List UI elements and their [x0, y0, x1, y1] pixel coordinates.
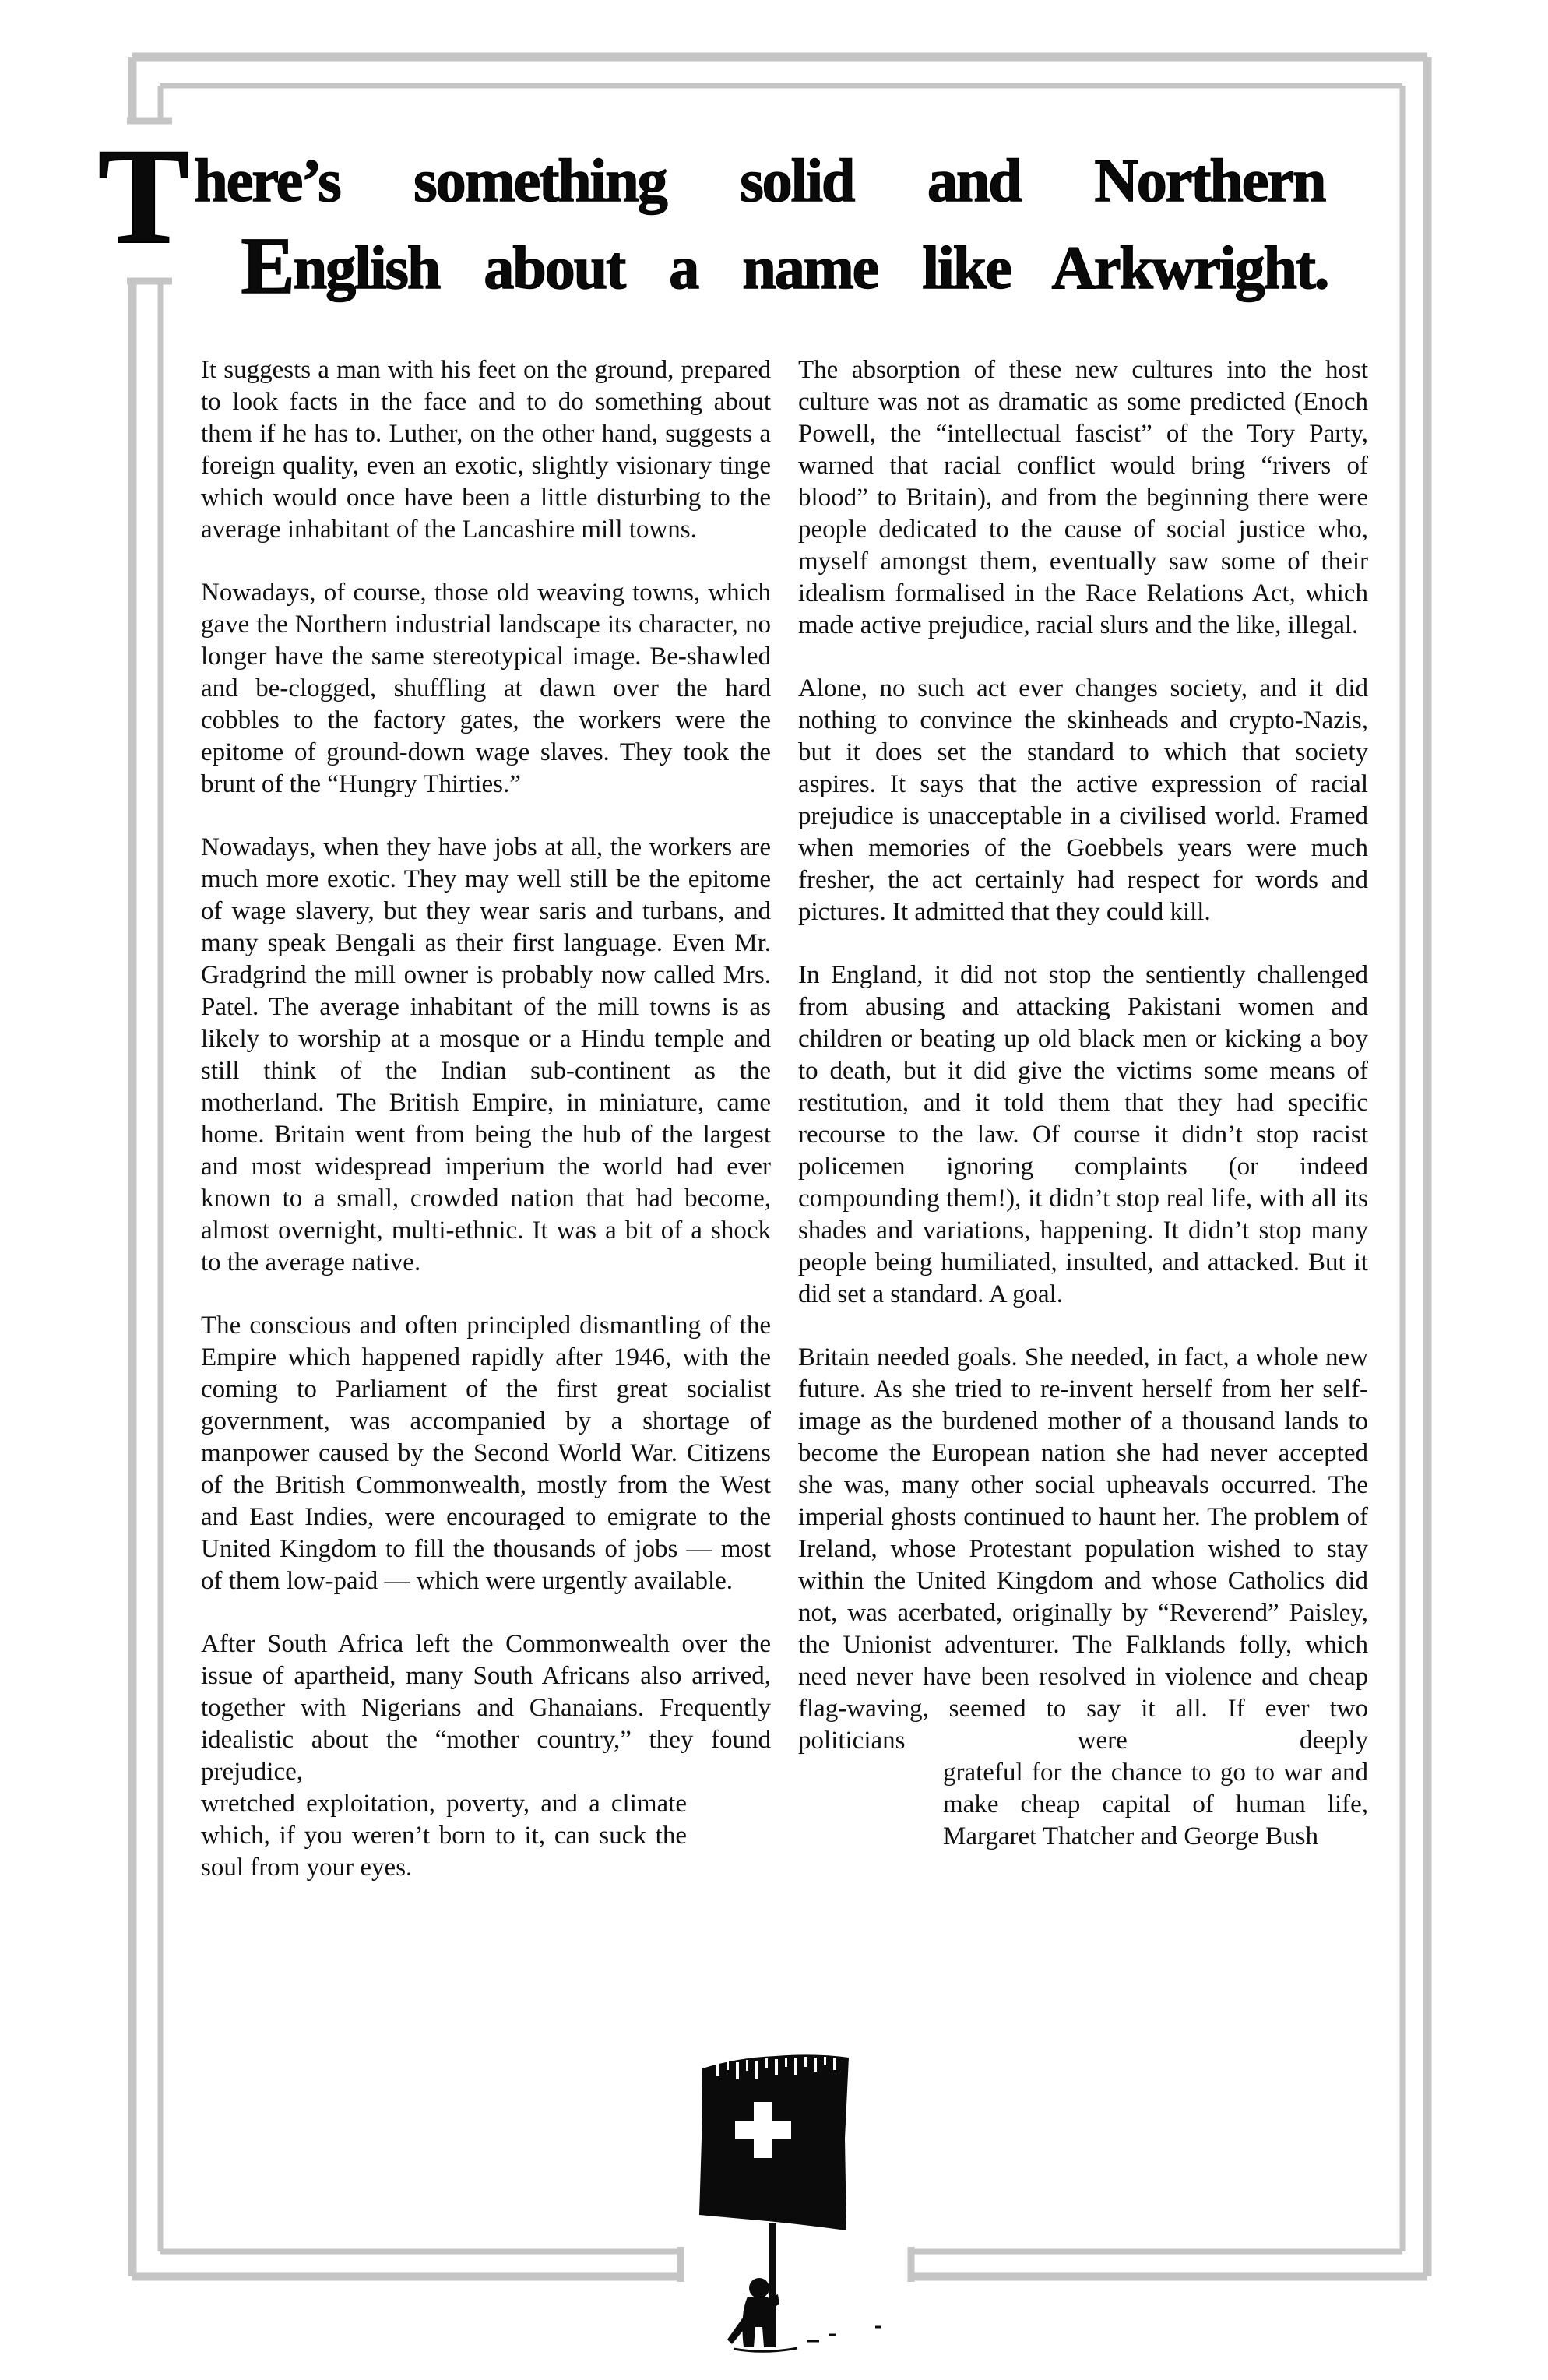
paragraph: It suggests a man with his feet on the g…	[201, 354, 771, 546]
paragraph: Nowadays, of course, those old weaving t…	[201, 577, 771, 801]
title-line-1: here’s something solid and Northern	[194, 137, 1325, 224]
paragraph: In England, it did not stop the sentient…	[798, 959, 1368, 1311]
paragraph-wrapped-around-illustration: wretched exploitation, poverty, and a cl…	[201, 1788, 687, 1884]
column-left: It suggests a man with his feet on the g…	[201, 354, 771, 1884]
paragraph: Nowadays, when they have jobs at all, th…	[201, 832, 771, 1279]
title-line2-initial: E	[241, 221, 293, 311]
magazine-page: T here’s something solid and Northern En…	[0, 0, 1548, 2380]
column-right: The absorption of these new cultures int…	[798, 354, 1368, 1853]
paragraph: Alone, no such act ever changes society,…	[798, 673, 1368, 928]
paragraph: Britain needed goals. She needed, in fac…	[798, 1342, 1368, 1757]
title-line-2: English about a name like Arkwright.	[241, 224, 1328, 312]
flag-icon	[699, 2054, 849, 2230]
paragraph: After South Africa left the Commonwealth…	[201, 1628, 771, 1788]
title-line2-rest: nglish about a name like Arkwright.	[294, 234, 1328, 301]
flag-bearer-illustration	[690, 2045, 917, 2360]
page-title: T here’s something solid and Northern En…	[98, 134, 1400, 312]
paragraph: The absorption of these new cultures int…	[798, 354, 1368, 642]
title-lines: here’s something solid and Northern Engl…	[194, 134, 1331, 312]
paragraph: The conscious and often principled disma…	[201, 1310, 771, 1597]
title-drop-cap: T	[98, 134, 186, 260]
paragraph-wrapped-around-illustration: grateful for the chance to go to war and…	[943, 1757, 1368, 1853]
